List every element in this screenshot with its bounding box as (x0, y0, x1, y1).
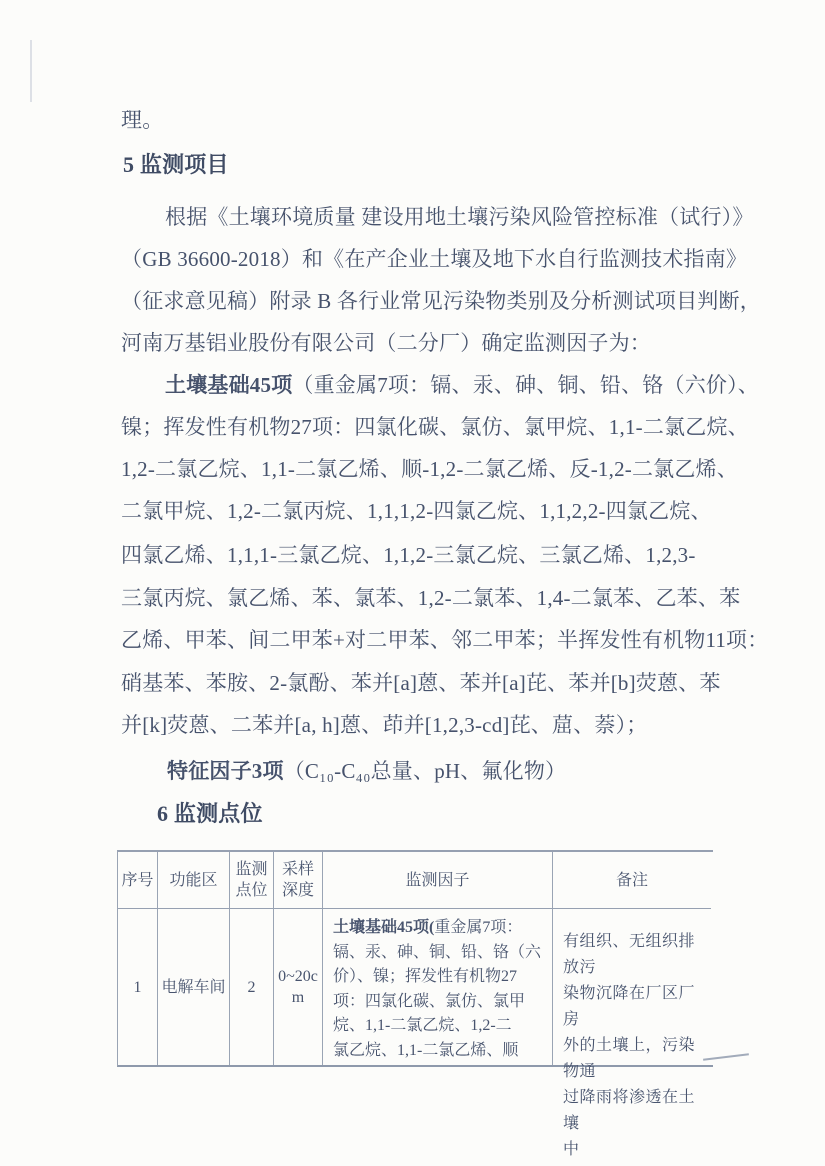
row-depth: 0~20c m (274, 909, 323, 1065)
text-line: 河南万基铝业股份有限公司（二分厂）确定监测因子为： (121, 329, 651, 359)
text-line: 特征因子3项（C₁₀-C₄₀总量、pH、氟化物） (167, 757, 566, 787)
col-header-points: 监测 点位 (230, 852, 274, 909)
text-line: 并[k]荧蒽、二苯并[a, h]蒽、茚并[1,2,3-cd]芘、䓛、萘）； (121, 711, 648, 741)
col-header-factors: 监测因子 (323, 852, 553, 909)
row-seq: 1 (118, 909, 158, 1065)
text-line: 镍；挥发性有机物27项：四氯化碳、氯仿、氯甲烷、1,1-二氯乙烷、 (121, 413, 749, 443)
row-area: 电解车间 (158, 909, 230, 1065)
section-6-heading: 6 监测点位 (157, 800, 263, 830)
text-line: 1,2-二氯乙烷、1,1-二氯乙烯、顺-1,2-二氯乙烯、反-1,2-二氯乙烯、 (121, 455, 738, 485)
text-line: 理。 (121, 106, 163, 136)
scan-edge-artifact (30, 40, 32, 102)
text-line: 三氯丙烷、氯乙烯、苯、氯苯、1,2-二氯苯、1,4-二氯苯、乙苯、苯 (121, 584, 740, 614)
row-factors: 土壤基础45项(重金属7项： 镉、汞、砷、铜、铅、铬（六 价）、镍；挥发性有机物… (323, 909, 553, 1065)
row-note: 有组织、无组织排放污 染物沉降在厂区厂房 外的土壤上，污染物通 过降雨将渗透在土… (553, 909, 711, 1065)
col-header-depth: 采样 深度 (274, 852, 323, 909)
monitoring-points-table: 序号 功能区 监测 点位 采样 深度 监测因子 备注 1 电解车间 2 0~20… (117, 850, 713, 1067)
text-line: 土壤基础45项（重金属7项：镉、汞、砷、铜、铅、铬（六价）、 (165, 371, 759, 401)
col-header-area: 功能区 (158, 852, 230, 909)
text-line: 乙烯、甲苯、间二甲苯+对二甲苯、邻二甲苯；半挥发性有机物11项： (121, 626, 768, 656)
row-points: 2 (230, 909, 274, 1065)
text-line: （征求意见稿）附录 B 各行业常见污染物类别及分析测试项目判断， (121, 287, 761, 317)
col-header-note: 备注 (553, 852, 711, 909)
text-line: 四氯乙烯、1,1,1-三氯乙烷、1,1,2-三氯乙烷、三氯乙烯、1,2,3- (121, 541, 696, 571)
text-line: （GB 36600-2018）和《在产企业土壤及地下水自行监测技术指南》 (121, 245, 747, 275)
document-page: 理。 5 监测项目 根据《土壤环境质量 建设用地土壤污染风险管控标准（试行）》 … (0, 0, 825, 1166)
section-5-heading: 5 监测项目 (123, 151, 229, 181)
text-line: 根据《土壤环境质量 建设用地土壤污染风险管控标准（试行）》 (165, 203, 754, 233)
col-header-seq: 序号 (118, 852, 158, 909)
text-line: 硝基苯、苯胺、2-氯酚、苯并[a]蒽、苯并[a]芘、苯并[b]荧蒽、苯 (121, 669, 721, 699)
text-line: 二氯甲烷、1,2-二氯丙烷、1,1,1,2-四氯乙烷、1,1,2,2-四氯乙烷、 (121, 497, 712, 527)
